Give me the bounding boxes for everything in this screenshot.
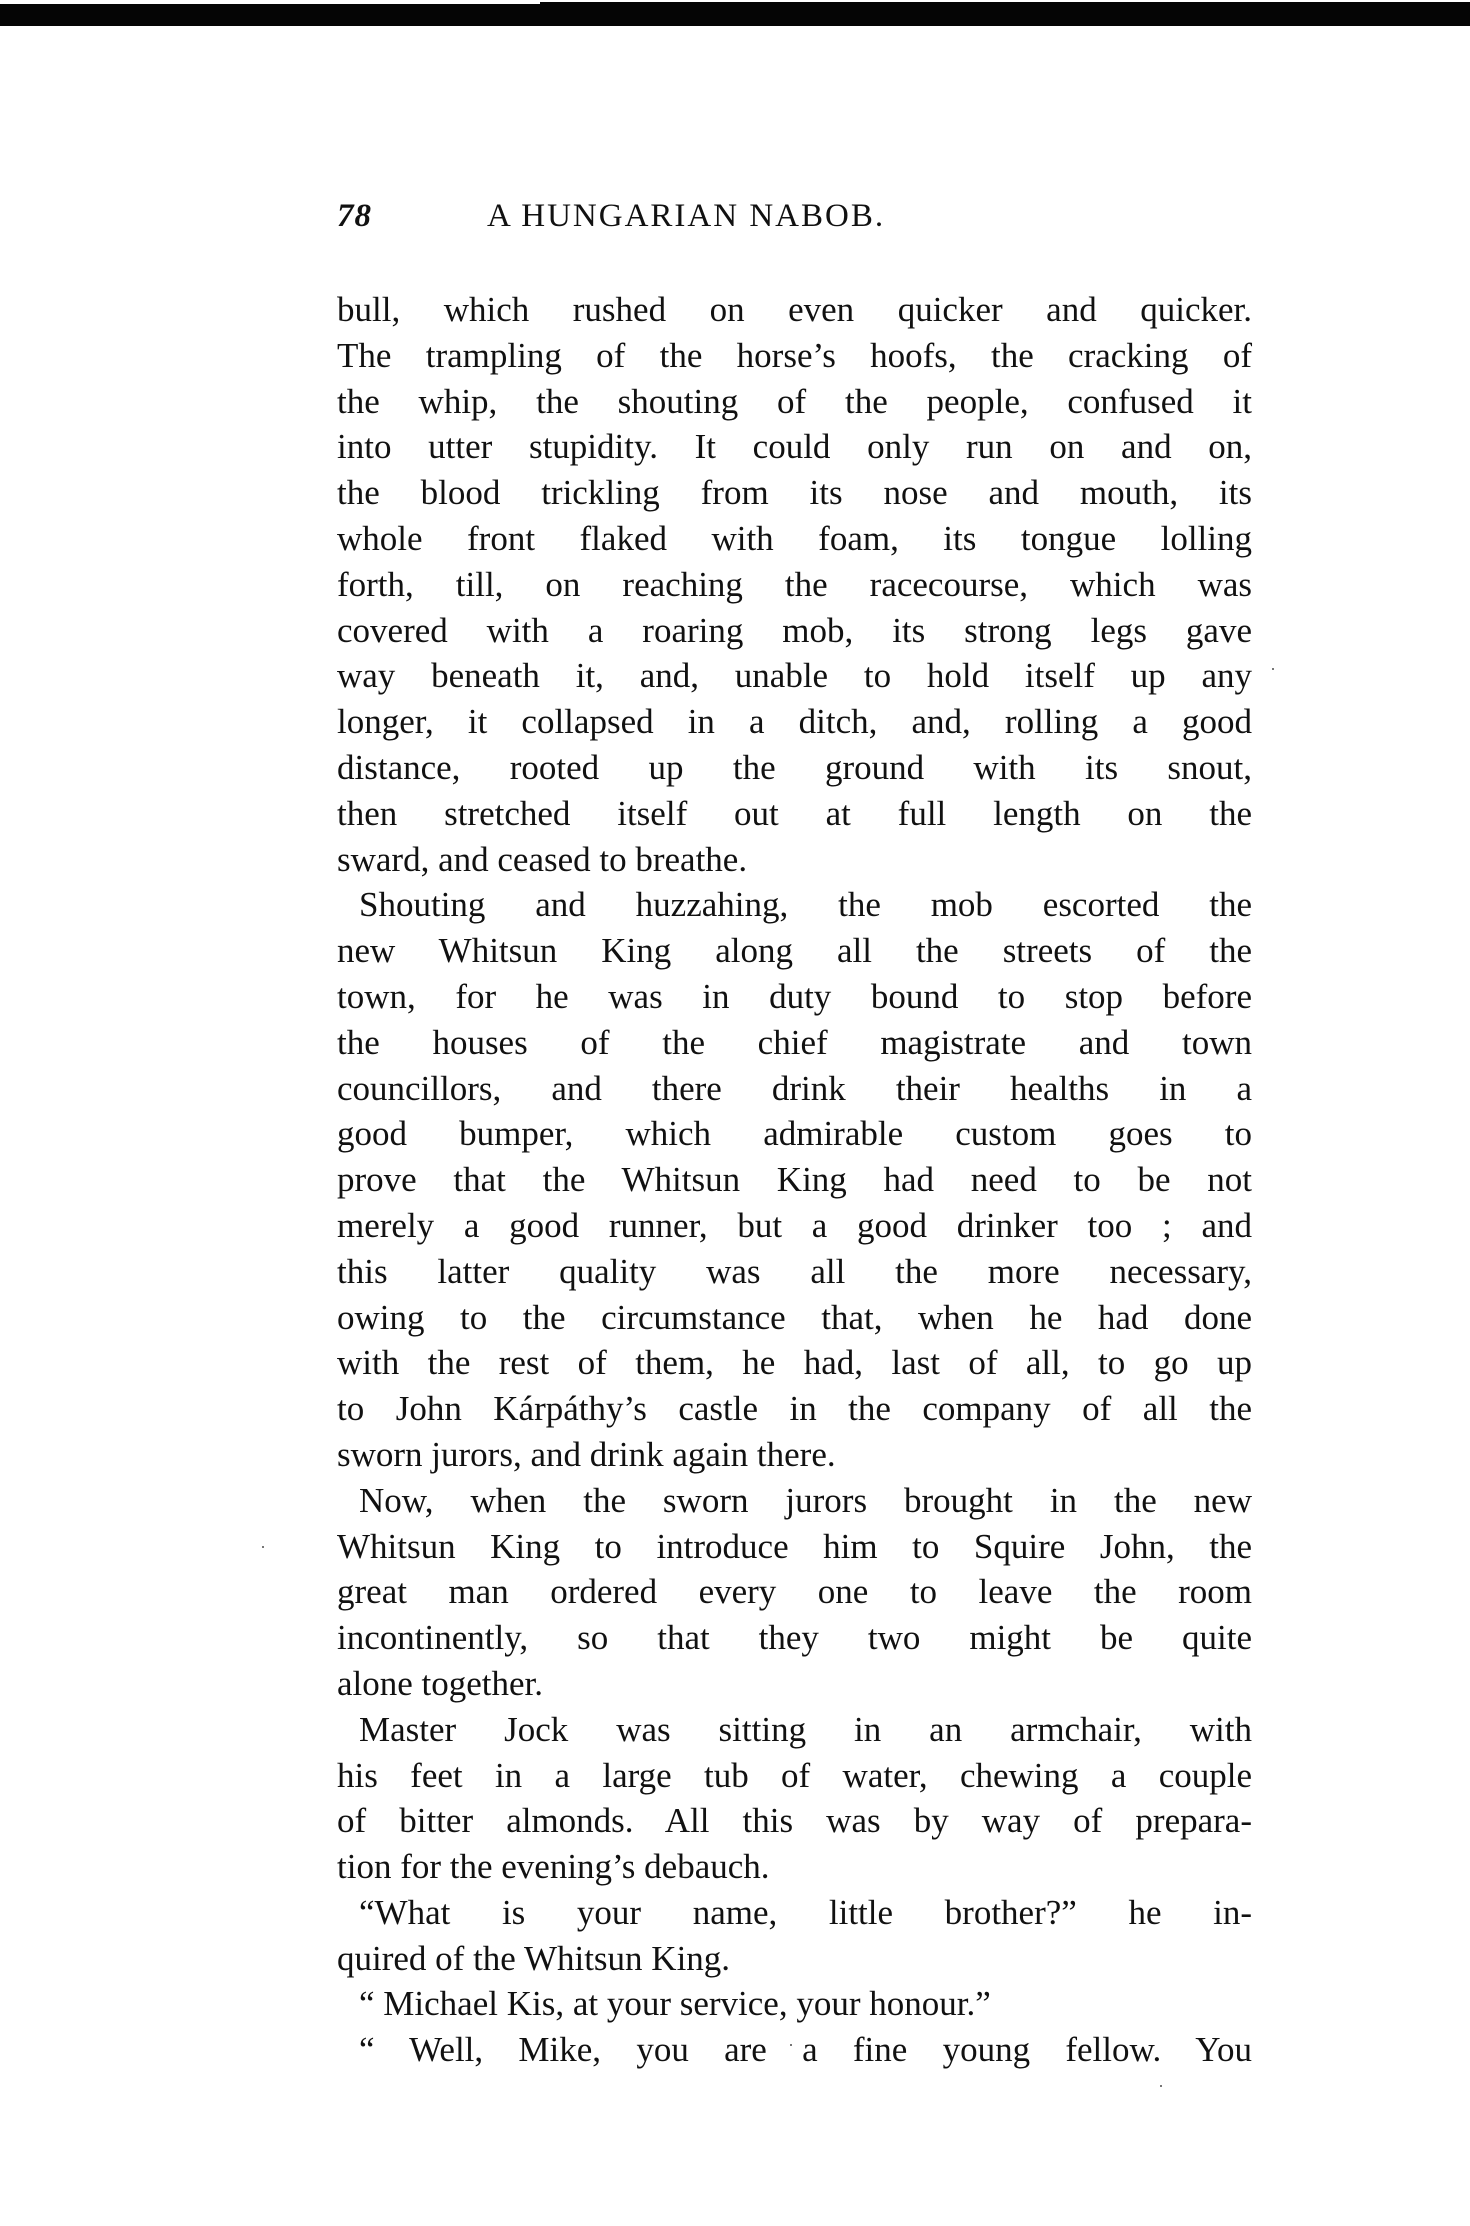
text-line: new Whitsun King along all the streets o… bbox=[337, 928, 1252, 974]
body-text: bull, which rushed on even quicker and q… bbox=[337, 287, 1252, 2073]
paragraph-first-line: Now, when the sworn jurors brought in th… bbox=[337, 1478, 1252, 1524]
text-line: way beneath it, and, unable to hold itse… bbox=[337, 653, 1252, 699]
scan-speck bbox=[262, 1546, 264, 1548]
paragraph-first-line: Master Jock was sitting in an armchair, … bbox=[337, 1707, 1252, 1753]
text-line: councillors, and there drink their healt… bbox=[337, 1066, 1252, 1112]
text-line: distance, rooted up the ground with its … bbox=[337, 745, 1252, 791]
scan-border-step bbox=[540, 2, 1470, 22]
text-line: bull, which rushed on even quicker and q… bbox=[337, 287, 1252, 333]
text-line: The trampling of the horse’s hoofs, the … bbox=[337, 333, 1252, 379]
text-line: of bitter almonds. All this was by way o… bbox=[337, 1798, 1252, 1844]
text-line: longer, it collapsed in a ditch, and, ro… bbox=[337, 699, 1252, 745]
scan-speck bbox=[1160, 2085, 1162, 2087]
paragraph-first-line: “ Well, Mike, you are a fine young fello… bbox=[337, 2027, 1252, 2073]
text-line: whole front flaked with foam, its tongue… bbox=[337, 516, 1252, 562]
scan-border-bar bbox=[0, 4, 1470, 26]
text-line: covered with a roaring mob, its strong l… bbox=[337, 608, 1252, 654]
paragraph-first-line: “ Michael Kis, at your service, your hon… bbox=[337, 1981, 1252, 2027]
text-line: Whitsun King to introduce him to Squire … bbox=[337, 1524, 1252, 1570]
text-line: alone together. bbox=[337, 1661, 1252, 1707]
text-line: great man ordered every one to leave the… bbox=[337, 1569, 1252, 1615]
text-line: this latter quality was all the more nec… bbox=[337, 1249, 1252, 1295]
text-line: good bumper, which admirable custom goes… bbox=[337, 1111, 1252, 1157]
running-head: 78 A HUNGARIAN NABOB. bbox=[337, 198, 1252, 242]
text-line: sward, and ceased to breathe. bbox=[337, 837, 1252, 883]
text-line: his feet in a large tub of water, chewin… bbox=[337, 1753, 1252, 1799]
text-line: merely a good runner, but a good drinker… bbox=[337, 1203, 1252, 1249]
paragraph-first-line: “What is your name, little brother?” he … bbox=[337, 1890, 1252, 1936]
running-title: A HUNGARIAN NABOB. bbox=[487, 198, 885, 235]
text-line: town, for he was in duty bound to stop b… bbox=[337, 974, 1252, 1020]
text-line: prove that the Whitsun King had need to … bbox=[337, 1157, 1252, 1203]
text-line: the houses of the chief magistrate and t… bbox=[337, 1020, 1252, 1066]
text-line: the blood trickling from its nose and mo… bbox=[337, 470, 1252, 516]
text-line: quired of the Whitsun King. bbox=[337, 1936, 1252, 1982]
text-line: owing to the circumstance that, when he … bbox=[337, 1295, 1252, 1341]
page-number: 78 bbox=[337, 198, 372, 235]
text-line: to John Kárpáthy’s castle in the company… bbox=[337, 1386, 1252, 1432]
text-line: into utter stupidity. It could only run … bbox=[337, 424, 1252, 470]
text-line: forth, till, on reaching the racecourse,… bbox=[337, 562, 1252, 608]
scan-speck bbox=[790, 2044, 792, 2046]
text-line: then stretched itself out at full length… bbox=[337, 791, 1252, 837]
paragraph-first-line: Shouting and huzzahing, the mob escorted… bbox=[337, 882, 1252, 928]
scan-speck bbox=[1272, 668, 1274, 670]
text-line: sworn jurors, and drink again there. bbox=[337, 1432, 1252, 1478]
text-line: incontinently, so that they two might be… bbox=[337, 1615, 1252, 1661]
text-line: the whip, the shouting of the people, co… bbox=[337, 379, 1252, 425]
text-line: tion for the evening’s debauch. bbox=[337, 1844, 1252, 1890]
text-line: with the rest of them, he had, last of a… bbox=[337, 1340, 1252, 1386]
